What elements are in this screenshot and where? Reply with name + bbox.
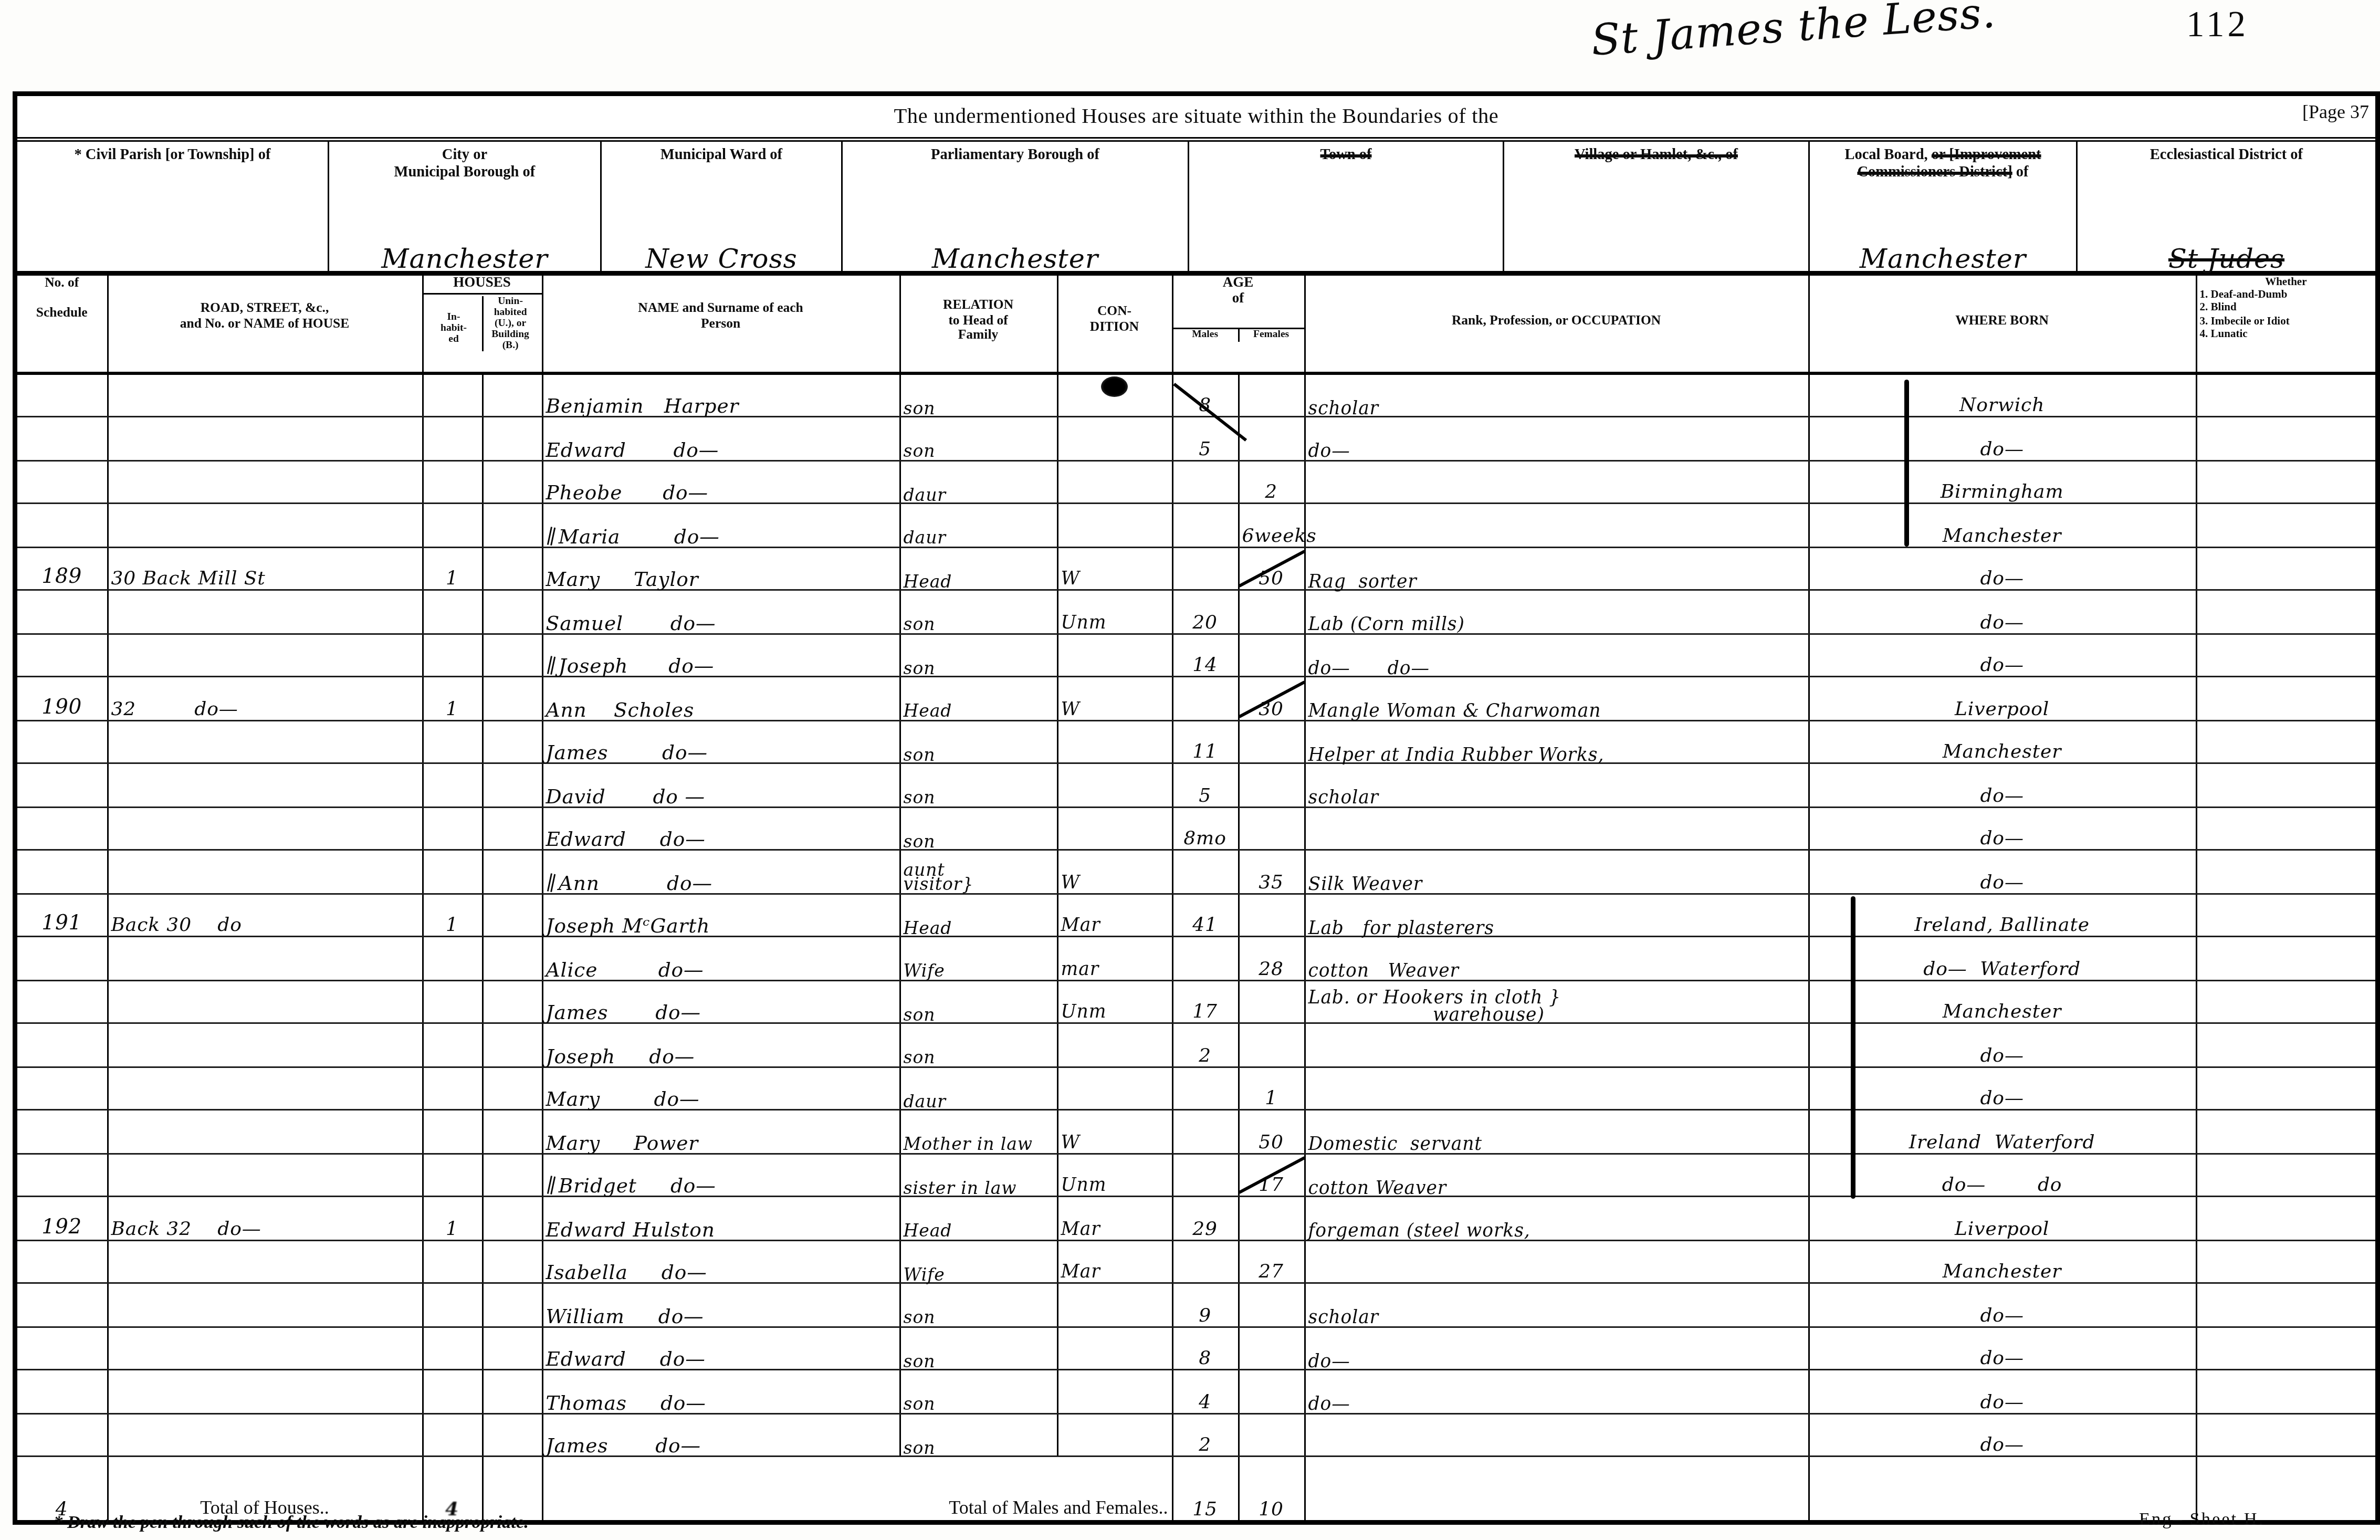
cell-whether	[2196, 850, 2375, 894]
cell-age-female: 1	[1238, 1066, 1304, 1110]
cell-condition	[1057, 1413, 1172, 1457]
cell-road	[107, 1023, 422, 1067]
cell-relation: son	[899, 763, 1057, 807]
census-table: The undermentioned Houses are situate wi…	[13, 91, 2380, 1524]
cell-schedule	[17, 850, 107, 894]
total-schedules: 4	[17, 1457, 107, 1520]
cell-uninhabited	[482, 1283, 542, 1327]
cell-uninhabited	[482, 1370, 542, 1413]
cell-schedule	[17, 373, 107, 417]
cell-inhabited	[422, 763, 482, 807]
cell-uninhabited	[482, 1153, 542, 1197]
cell-inhabited	[422, 1023, 482, 1067]
cell-condition: Unm	[1057, 980, 1172, 1023]
cell-name: James do—	[542, 980, 899, 1023]
cell-age-female: 50	[1238, 1110, 1304, 1154]
cell-age-male: 41	[1172, 893, 1238, 937]
cell-inhabited	[422, 1240, 482, 1283]
cell-age-female: 50	[1238, 547, 1304, 590]
cell-where-born: do—	[1808, 417, 2196, 460]
table-row: ∥Ann do—aunt visitor}W35Silk Weaverdo—	[17, 850, 2375, 894]
col-name: NAME and Surname of each Person	[542, 276, 899, 373]
cell-condition	[1057, 1326, 1172, 1370]
table-row: Alice do—Wifemar28cotton Weaverdo— Water…	[17, 937, 2375, 980]
cell-road	[107, 850, 422, 894]
cell-age-female	[1238, 893, 1304, 937]
cell-inhabited	[422, 1153, 482, 1197]
header-civil-parish: * Civil Parish [or Township] of	[17, 142, 328, 271]
cell-road: Back 30 do	[107, 893, 422, 937]
cell-schedule	[17, 1413, 107, 1457]
cell-schedule	[17, 720, 107, 763]
cell-age-male: 5	[1172, 763, 1238, 807]
col-age-females: Females	[1238, 329, 1304, 342]
cell-name: Mary Taylor	[542, 547, 899, 590]
cell-schedule	[17, 590, 107, 634]
cell-uninhabited	[482, 893, 542, 937]
table-row: ∥Maria do—daur6weeksManchester	[17, 504, 2375, 547]
cell-whether	[2196, 633, 2375, 677]
cell-occupation: do—	[1304, 417, 1808, 460]
cell-where-born: Manchester	[1808, 1240, 2196, 1283]
cell-schedule	[17, 1066, 107, 1110]
cell-inhabited	[422, 504, 482, 547]
cell-whether	[2196, 893, 2375, 937]
cell-name: Mary do—	[542, 1066, 899, 1110]
cell-road	[107, 1326, 422, 1370]
census-sheet: St James the Less. 112 The undermentione…	[0, 0, 2380, 1540]
cell-condition: Mar	[1057, 1197, 1172, 1240]
cell-schedule: 191	[17, 893, 107, 937]
cell-relation: son	[899, 590, 1057, 634]
total-houses-value: 4	[422, 1457, 482, 1520]
census-grid: No. of Schedule ROAD, STREET, &c., and N…	[17, 276, 2375, 1520]
cell-name: Thomas do—	[542, 1370, 899, 1413]
cell-relation: son	[899, 806, 1057, 850]
cell-inhabited	[422, 980, 482, 1023]
cell-relation: Wife	[899, 937, 1057, 980]
cell-uninhabited	[482, 1326, 542, 1370]
col-road: ROAD, STREET, &c., and No. or NAME of HO…	[107, 276, 422, 373]
cell-name: William do—	[542, 1283, 899, 1327]
cell-condition: Mar	[1057, 893, 1172, 937]
cell-where-born: Manchester	[1808, 980, 2196, 1023]
cell-age-female: 17	[1238, 1153, 1304, 1197]
cell-road	[107, 1110, 422, 1154]
cell-uninhabited	[482, 1066, 542, 1110]
cell-occupation: Mangle Woman & Charwoman	[1304, 677, 1808, 720]
table-row: ∥Joseph do—son14do— do—do—	[17, 633, 2375, 677]
cell-age-male: 8mo	[1172, 806, 1238, 850]
cell-road	[107, 937, 422, 980]
cell-whether	[2196, 590, 2375, 634]
cell-occupation	[1304, 1066, 1808, 1110]
cell-name: David do —	[542, 763, 899, 807]
cell-inhabited: 1	[422, 677, 482, 720]
cell-whether	[2196, 1153, 2375, 1197]
cell-occupation: do—	[1304, 1326, 1808, 1370]
table-row: ∥Bridget do—sister in lawUnm17cotton Wea…	[17, 1153, 2375, 1197]
cell-occupation	[1304, 504, 1808, 547]
cell-age-male: 9	[1172, 1283, 1238, 1327]
col-age-males: Males	[1173, 329, 1238, 342]
cell-inhabited	[422, 720, 482, 763]
cell-uninhabited	[482, 1023, 542, 1067]
table-row: Joseph do—son2do—	[17, 1023, 2375, 1067]
table-row: James do—son2do—	[17, 1413, 2375, 1457]
cell-age-male	[1172, 1066, 1238, 1110]
cell-whether	[2196, 417, 2375, 460]
cell-occupation: Domestic servant	[1304, 1110, 1808, 1154]
cell-schedule: 192	[17, 1197, 107, 1240]
cell-age-male	[1172, 1240, 1238, 1283]
cell-uninhabited	[482, 937, 542, 980]
column-headers: No. of Schedule ROAD, STREET, &c., and N…	[17, 276, 2375, 373]
col-born: WHERE BORN	[1808, 276, 2196, 373]
cell-schedule	[17, 504, 107, 547]
cell-name: ∥Joseph do—	[542, 633, 899, 677]
cell-where-born: do—	[1808, 1326, 2196, 1370]
cell-occupation: Lab (Corn mills)	[1304, 590, 1808, 634]
cell-uninhabited	[482, 677, 542, 720]
cell-uninhabited	[482, 547, 542, 590]
table-row: 18930 Back Mill St1Mary TaylorHeadW50Rag…	[17, 547, 2375, 590]
cell-inhabited: 1	[422, 547, 482, 590]
cell-condition: W	[1057, 850, 1172, 894]
cell-occupation: Silk Weaver	[1304, 850, 1808, 894]
cell-age-female	[1238, 590, 1304, 634]
cell-whether	[2196, 1326, 2375, 1370]
cell-whether	[2196, 806, 2375, 850]
cell-inhabited	[422, 1110, 482, 1154]
cell-whether	[2196, 1110, 2375, 1154]
footnote: * Draw the pen through such of the words…	[54, 1514, 529, 1533]
total-males: 15	[1172, 1457, 1238, 1520]
table-row: James do—son11Helper at India Rubber Wor…	[17, 720, 2375, 763]
cell-occupation: do—	[1304, 1370, 1808, 1413]
cell-occupation: cotton Weaver	[1304, 937, 1808, 980]
ink-stroke	[1851, 896, 1855, 1199]
cell-uninhabited	[482, 1197, 542, 1240]
cell-inhabited	[422, 373, 482, 417]
table-row: Pheobe do—daur2Birmingham	[17, 460, 2375, 504]
cell-where-born: do—	[1808, 547, 2196, 590]
cell-age-female	[1238, 1283, 1304, 1327]
cell-relation: son	[899, 720, 1057, 763]
cell-road	[107, 1283, 422, 1327]
cell-age-male: 29	[1172, 1197, 1238, 1240]
cell-age-female: 30	[1238, 677, 1304, 720]
double-slash-mark: ∥	[544, 526, 557, 547]
cell-road	[107, 633, 422, 677]
district-annotation: St James the Less.	[1590, 0, 1997, 66]
cell-occupation: cotton Weaver	[1304, 1153, 1808, 1197]
cell-age-male	[1172, 460, 1238, 504]
cell-schedule	[17, 980, 107, 1023]
cell-whether	[2196, 980, 2375, 1023]
cell-whether	[2196, 1240, 2375, 1283]
double-slash-mark: ∥	[544, 656, 557, 676]
table-row: David do —son5scholardo—	[17, 763, 2375, 807]
cell-inhabited	[422, 590, 482, 634]
cell-relation: daur	[899, 460, 1057, 504]
table-row: Edward do—son8modo—	[17, 806, 2375, 850]
cell-age-female	[1238, 980, 1304, 1023]
header-local-board: Local Board, or [ImprovementCommissioner…	[1808, 142, 2076, 271]
cell-whether	[2196, 937, 2375, 980]
cell-condition: W	[1057, 547, 1172, 590]
cell-age-female	[1238, 1370, 1304, 1413]
cell-schedule	[17, 1153, 107, 1197]
cell-relation: daur	[899, 504, 1057, 547]
cell-age-male: 2	[1172, 1023, 1238, 1067]
cell-whether	[2196, 720, 2375, 763]
cell-uninhabited	[482, 417, 542, 460]
cell-age-female	[1238, 1413, 1304, 1457]
col-inhabited: In- habit- ed	[426, 296, 481, 351]
cell-whether	[2196, 1283, 2375, 1327]
cell-age-male	[1172, 547, 1238, 590]
cell-where-born: do— do	[1808, 1153, 2196, 1197]
cell-relation: son	[899, 1283, 1057, 1327]
cell-road	[107, 1413, 422, 1457]
cell-age-female	[1238, 1326, 1304, 1370]
cell-condition: W	[1057, 677, 1172, 720]
cell-relation: Head	[899, 547, 1057, 590]
cell-age-female	[1238, 417, 1304, 460]
page-label: [Page 37	[2302, 101, 2369, 124]
cell-name: Edward Hulston	[542, 1197, 899, 1240]
cell-age-female	[1238, 720, 1304, 763]
cell-whether	[2196, 1066, 2375, 1110]
cell-relation: Mother in law	[899, 1110, 1057, 1154]
cell-age-female: 6weeks	[1238, 504, 1304, 547]
cell-name: Edward do—	[542, 1326, 899, 1370]
cell-name: ∥Maria do—	[542, 504, 899, 547]
table-row: Samuel do—sonUnm20Lab (Corn mills)do—	[17, 590, 2375, 634]
cell-uninhabited	[482, 1413, 542, 1457]
scanned-census-page: St James the Less. 112 The undermentione…	[0, 0, 2380, 1540]
cell-inhabited	[422, 1370, 482, 1413]
total-males-females-label: Total of Males and Females..	[542, 1457, 1172, 1520]
cell-age-male: 20	[1172, 590, 1238, 634]
cell-age-male	[1172, 504, 1238, 547]
cell-age-male: 17	[1172, 980, 1238, 1023]
cell-relation: Wife	[899, 1240, 1057, 1283]
cell-condition: Unm	[1057, 590, 1172, 634]
cell-occupation: Lab for plasterers	[1304, 893, 1808, 937]
cell-schedule	[17, 806, 107, 850]
cell-road	[107, 720, 422, 763]
cell-age-female	[1238, 633, 1304, 677]
table-row: 19032 do—1Ann ScholesHeadW30Mangle Woman…	[17, 677, 2375, 720]
cell-road	[107, 373, 422, 417]
cell-relation: son	[899, 1370, 1057, 1413]
cell-whether	[2196, 504, 2375, 547]
cell-uninhabited	[482, 633, 542, 677]
table-row: Edward do—son8do—do—	[17, 1326, 2375, 1370]
cell-name: ∥Ann do—	[542, 850, 899, 894]
ink-stroke	[1904, 380, 1909, 547]
cell-age-male: 8	[1172, 1326, 1238, 1370]
cell-whether	[2196, 547, 2375, 590]
cell-age-male: 4	[1172, 1370, 1238, 1413]
cell-relation: sister in law	[899, 1153, 1057, 1197]
cell-whether	[2196, 1413, 2375, 1457]
cell-whether	[2196, 1370, 2375, 1413]
cell-inhabited	[422, 460, 482, 504]
cell-condition: Unm	[1057, 1153, 1172, 1197]
table-row: 192Back 32 do—1Edward HulstonHeadMar29fo…	[17, 1197, 2375, 1240]
cell-where-born: Liverpool	[1808, 1197, 2196, 1240]
cell-condition	[1057, 504, 1172, 547]
cell-whether	[2196, 1023, 2375, 1067]
cell-age-female	[1238, 763, 1304, 807]
cell-relation: Head	[899, 677, 1057, 720]
cell-name: Edward do—	[542, 417, 899, 460]
cell-name: James do—	[542, 1413, 899, 1457]
cell-where-born: do—	[1808, 763, 2196, 807]
header-city-borough: City or Municipal Borough of Manchester	[328, 142, 600, 271]
cell-schedule	[17, 1240, 107, 1283]
cell-condition	[1057, 763, 1172, 807]
cell-schedule	[17, 1283, 107, 1327]
cell-condition	[1057, 806, 1172, 850]
cell-uninhabited	[482, 590, 542, 634]
double-slash-mark: ∥	[544, 873, 557, 893]
cell-where-born: do—	[1808, 590, 2196, 634]
cell-relation: daur	[899, 1066, 1057, 1110]
cell-name: James do—	[542, 720, 899, 763]
cell-name: ∥Bridget do—	[542, 1153, 899, 1197]
cell-uninhabited	[482, 720, 542, 763]
table-row: Mary do—daur1do—	[17, 1066, 2375, 1110]
cell-inhabited	[422, 937, 482, 980]
cell-age-female	[1238, 1197, 1304, 1240]
cell-inhabited: 1	[422, 893, 482, 937]
cell-whether	[2196, 763, 2375, 807]
cell-age-male: 2	[1172, 1413, 1238, 1457]
table-row: Thomas do—son4do—do—	[17, 1370, 2375, 1413]
col-uninhabited: Unin- habited (U.), or Building (B.)	[481, 296, 538, 351]
cell-name: Mary Power	[542, 1110, 899, 1154]
cell-road	[107, 460, 422, 504]
cell-whether	[2196, 1197, 2375, 1240]
total-females: 10	[1238, 1457, 1304, 1520]
cell-relation: son	[899, 633, 1057, 677]
cell-inhabited: 1	[422, 1197, 482, 1240]
totals-row: 4 Total of Houses.. 4 Total of Males and…	[17, 1457, 2375, 1520]
cell-relation: son	[899, 1023, 1057, 1067]
cell-age-female: 28	[1238, 937, 1304, 980]
cell-age-male	[1172, 1110, 1238, 1154]
cell-occupation: do— do—	[1304, 633, 1808, 677]
cell-road: Back 32 do—	[107, 1197, 422, 1240]
cell-condition	[1057, 1370, 1172, 1413]
cell-where-born: do—	[1808, 633, 2196, 677]
cell-name: Joseph MᶜGarth	[542, 893, 899, 937]
cell-condition	[1057, 460, 1172, 504]
cell-name: Samuel do—	[542, 590, 899, 634]
cell-schedule	[17, 1110, 107, 1154]
cell-whether	[2196, 460, 2375, 504]
cell-road	[107, 806, 422, 850]
cell-name: Edward do—	[542, 806, 899, 850]
double-slash-mark: ∥	[544, 1176, 557, 1196]
table-row: Mary PowerMother in lawW50Domestic serva…	[17, 1110, 2375, 1154]
cell-where-born: Manchester	[1808, 720, 2196, 763]
table-row: James do—sonUnm17Lab. or Hookers in clot…	[17, 980, 2375, 1023]
col-houses: HOUSES In- habit- ed Unin- habited (U.),…	[422, 276, 542, 373]
cell-occupation: Lab. or Hookers in cloth } warehouse)	[1304, 980, 1808, 1023]
cell-inhabited	[422, 850, 482, 894]
cell-age-female	[1238, 373, 1304, 417]
cell-occupation	[1304, 806, 1808, 850]
cell-road	[107, 1066, 422, 1110]
cell-occupation: Rag sorter	[1304, 547, 1808, 590]
header-parliamentary-borough: Parliamentary Borough of Manchester	[841, 142, 1188, 271]
col-age: AGE of Males Females	[1172, 276, 1304, 373]
cell-inhabited	[422, 1283, 482, 1327]
cell-condition: W	[1057, 1110, 1172, 1154]
header-village: Village or Hamlet, &c., of	[1503, 142, 1808, 271]
cell-schedule	[17, 763, 107, 807]
col-occupation: Rank, Profession, or OCCUPATION	[1304, 276, 1808, 373]
header-ecclesiastical-district: Ecclesiastical District of St Judes	[2076, 142, 2375, 271]
cell-name: Joseph do—	[542, 1023, 899, 1067]
cell-schedule	[17, 1326, 107, 1370]
header-town: Town of	[1188, 142, 1503, 271]
cell-where-born: do—	[1808, 1066, 2196, 1110]
cell-uninhabited	[482, 980, 542, 1023]
cell-road	[107, 417, 422, 460]
sheet-label: Eng– Sheet H.	[2139, 1511, 2264, 1529]
cell-uninhabited	[482, 504, 542, 547]
cell-schedule: 190	[17, 677, 107, 720]
cell-where-born: Ireland Waterford	[1808, 1110, 2196, 1154]
cell-uninhabited	[482, 763, 542, 807]
cell-inhabited	[422, 1066, 482, 1110]
cell-age-female: 2	[1238, 460, 1304, 504]
cell-age-male: 11	[1172, 720, 1238, 763]
cell-where-born: do—	[1808, 850, 2196, 894]
cell-where-born: do—	[1808, 806, 2196, 850]
cell-schedule	[17, 417, 107, 460]
totals-section: 4 Total of Houses.. 4 Total of Males and…	[17, 1457, 2375, 1520]
cell-occupation	[1304, 460, 1808, 504]
cell-age-male	[1172, 850, 1238, 894]
cell-where-born: do—	[1808, 1370, 2196, 1413]
cell-inhabited	[422, 633, 482, 677]
cell-road	[107, 1240, 422, 1283]
cell-whether	[2196, 373, 2375, 417]
cell-road	[107, 590, 422, 634]
cell-where-born: Manchester	[1808, 504, 2196, 547]
cell-condition	[1057, 1023, 1172, 1067]
cell-occupation: forgeman (steel works,	[1304, 1197, 1808, 1240]
cell-road	[107, 1153, 422, 1197]
cell-relation: son	[899, 980, 1057, 1023]
table-title-row: The undermentioned Houses are situate wi…	[17, 96, 2375, 142]
cell-uninhabited	[482, 373, 542, 417]
cell-relation: Head	[899, 893, 1057, 937]
cell-road	[107, 763, 422, 807]
cell-road	[107, 1370, 422, 1413]
cell-age-male	[1172, 677, 1238, 720]
table-row: Benjamin Harperson8scholarNorwich	[17, 373, 2375, 417]
cell-condition: mar	[1057, 937, 1172, 980]
cell-name: Alice do—	[542, 937, 899, 980]
